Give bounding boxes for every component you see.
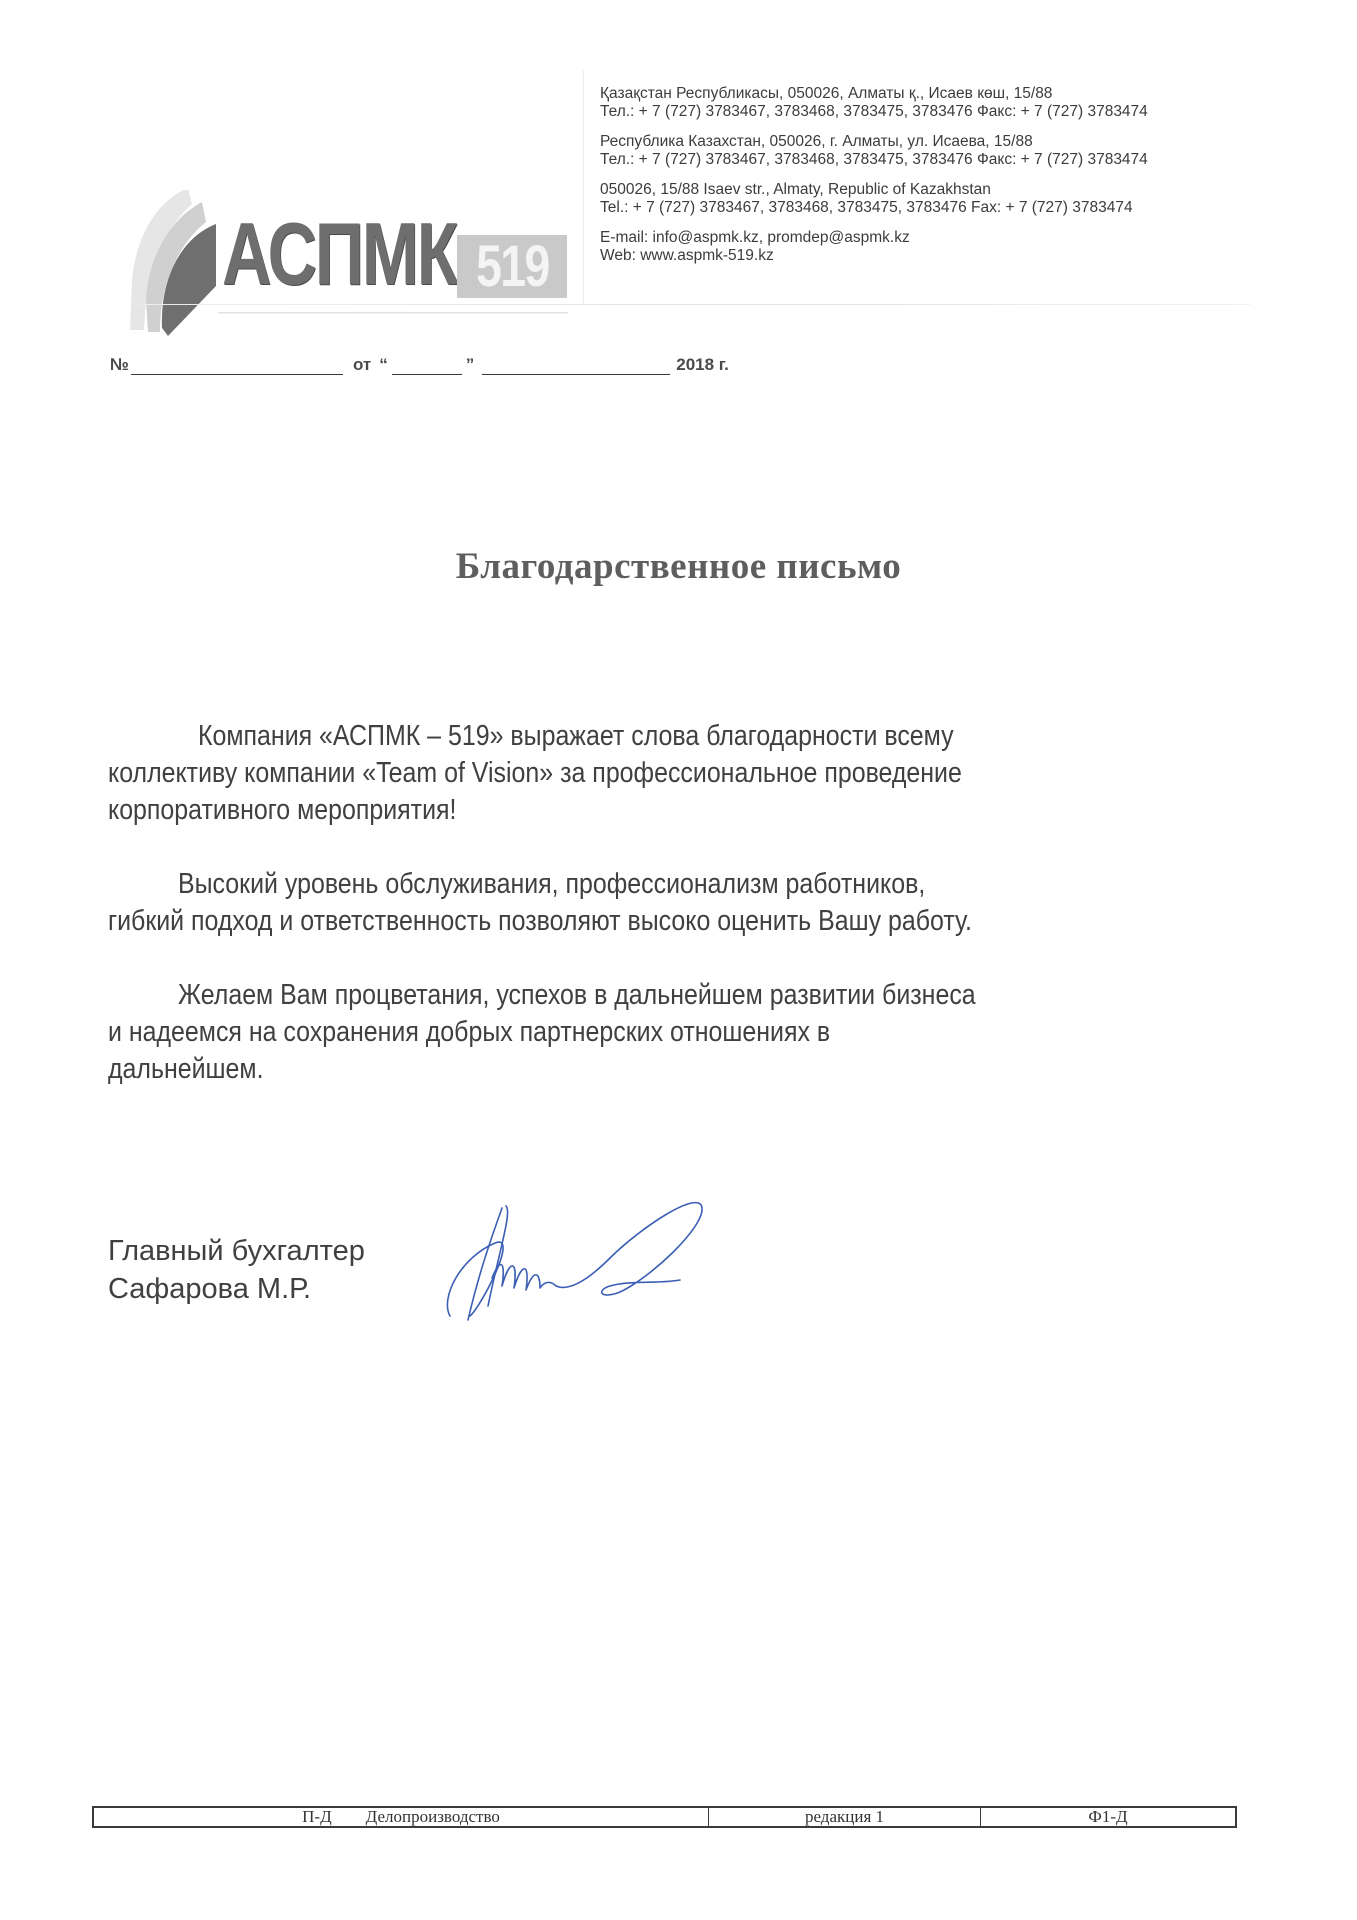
number-label: № [110,355,129,375]
address-en: 050026, 15/88 Isaev str., Almaty, Republ… [600,181,1260,199]
paragraph-wishes: Желаем Вам процветания, успехов в дальне… [108,977,1248,1088]
web-line: Web: www.aspmk-519.kz [600,247,1260,265]
from-label: от [353,355,371,375]
paragraph-line: гибкий подход и ответственность позволяю… [108,903,1248,940]
paragraph-line: дальнейшем. [108,1051,1248,1088]
logo-wordmark: АСПМК [222,210,456,298]
month-blank [482,357,670,375]
address-ru: Республика Казахстан, 050026, г. Алматы,… [600,133,1260,151]
document-control-table: П-Д Делопроизводство редакция 1 Ф1-Д [92,1806,1237,1828]
paragraph-evaluation: Высокий уровень обслуживания, профессион… [108,866,1248,940]
letter-body: Компания «АСПМК – 519» выражает слова бл… [108,718,1248,1125]
document-title: Благодарственное письмо [0,545,1357,588]
signer-name: Сафарова М.Р. [108,1270,365,1308]
signer-position: Главный бухгалтер [108,1232,365,1270]
paragraph-line: коллективу компании «Team of Vision» за … [108,755,1248,792]
registration-line: № от “ ” 2018 г. [110,355,729,375]
logo-badge: 519 [457,235,567,298]
number-blank [131,357,343,375]
email-line: E-mail: info@aspmk.kz, promdep@aspmk.kz [600,229,1260,247]
contact-block-en: 050026, 15/88 Isaev str., Almaty, Republ… [600,181,1260,217]
header-horizontal-divider [140,304,1250,305]
day-blank [392,357,462,375]
paragraph-line: Высокий уровень обслуживания, профессион… [108,866,1248,903]
contact-block-kz: Қазақстан Республикасы, 050026, Алматы қ… [600,85,1260,121]
phones-ru: Тел.: + 7 (727) 3783467, 3783468, 378347… [600,151,1260,169]
contact-block-ru: Республика Казахстан, 050026, г. Алматы,… [600,133,1260,169]
footer-code: П-Д [302,1808,332,1826]
footer-form: Ф1-Д [1088,1808,1127,1826]
footer-cell-revision: редакция 1 [708,1808,980,1826]
header-vertical-divider [583,70,584,305]
phones-en: Tel.: + 7 (727) 3783467, 3783468, 378347… [600,199,1260,217]
paragraph-line: Желаем Вам процветания, успехов в дальне… [108,977,1248,1014]
signer-block: Главный бухгалтер Сафарова М.Р. [108,1232,365,1308]
phones-kz: Тел.: + 7 (727) 3783467, 3783468, 378347… [600,103,1260,121]
open-quote: “ [379,355,388,375]
contact-block-online: E-mail: info@aspmk.kz, promdep@aspmk.kz … [600,229,1260,265]
paragraph-thanks: Компания «АСПМК – 519» выражает слова бл… [108,718,1248,829]
company-logo: АСПМК 519 [130,190,570,340]
address-kz: Қазақстан Республикасы, 050026, Алматы қ… [600,85,1260,103]
footer-cell-form: Ф1-Д [980,1808,1235,1826]
contact-info: Қазақстан Республикасы, 050026, Алматы қ… [600,85,1260,277]
year-label: 2018 г. [676,355,729,375]
paragraph-line: и надеемся на сохранения добрых партнерс… [108,1014,1248,1051]
footer-section: Делопроизводство [366,1808,500,1826]
handwritten-signature-icon [440,1188,740,1333]
paragraph-line: корпоративного мероприятия! [108,792,1248,829]
paragraph-line: Компания «АСПМК – 519» выражает слова бл… [108,718,1248,755]
footer-revision: редакция 1 [805,1808,884,1826]
letter-page: АСПМК 519 Қазақстан Республикасы, 050026… [0,0,1357,1920]
close-quote: ” [466,355,475,375]
footer-cell-section: П-Д Делопроизводство [94,1808,708,1826]
